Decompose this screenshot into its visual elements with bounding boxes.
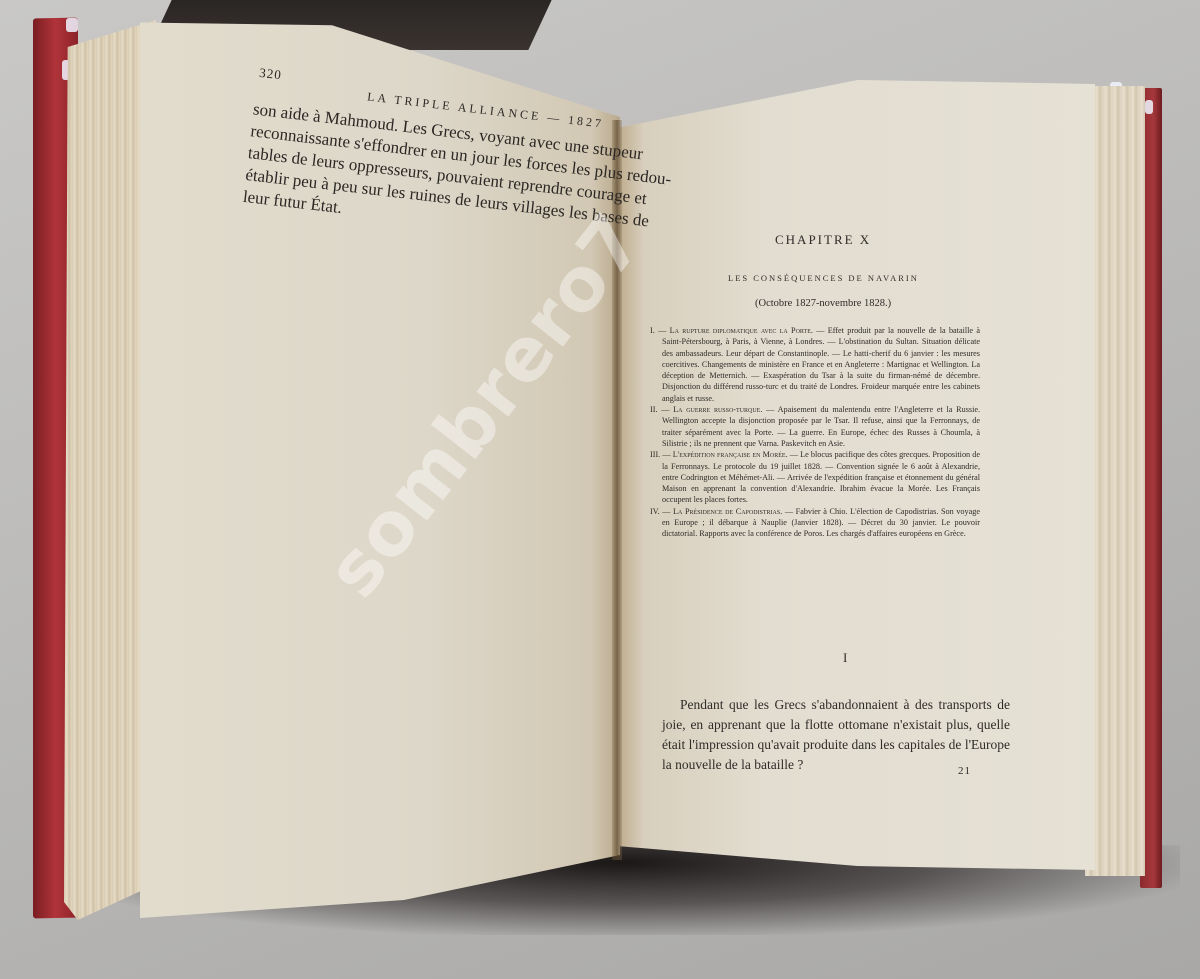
summary-item: IV. — La Présidence de Capodistrias. — F… xyxy=(650,506,980,540)
summary-numeral: IV. — xyxy=(650,507,670,516)
right-page-body: Pendant que les Grecs s'abandonnaient à … xyxy=(662,695,1010,775)
chapter-dates: (Octobre 1827-novembre 1828.) xyxy=(755,298,891,309)
chapter-title: LES CONSÉQUENCES DE NAVARIN xyxy=(728,273,919,283)
summary-title: L'expédition française en Morée. xyxy=(673,450,788,459)
plastic-cover-glint xyxy=(1145,100,1153,114)
summary-numeral: I. — xyxy=(650,326,666,335)
summary-item: I. — La rupture diplomatique avec la Por… xyxy=(650,325,980,404)
section-number: I xyxy=(843,650,847,666)
summary-title: La Présidence de Capodistrias. xyxy=(673,507,782,516)
page-number-left: 320 xyxy=(258,65,282,83)
summary-title: La guerre russo-turque. xyxy=(673,405,762,414)
summary-title: La rupture diplomatique avec la Porte. xyxy=(670,326,813,335)
summary-numeral: III. — xyxy=(650,450,671,459)
summary-item: II. — La guerre russo-turque. — Apaiseme… xyxy=(650,404,980,449)
summary-numeral: II. — xyxy=(650,405,669,414)
body-paragraph: Pendant que les Grecs s'abandonnaient à … xyxy=(662,695,1010,775)
chapter-heading: CHAPITRE X xyxy=(775,232,871,248)
page-number-right: 21 xyxy=(958,765,971,777)
chapter-summary: I. — La rupture diplomatique avec la Por… xyxy=(650,325,980,540)
summary-text: — Effet produit par la nouvelle de la ba… xyxy=(662,326,980,403)
summary-item: III. — L'expédition française en Morée. … xyxy=(650,449,980,505)
plastic-cover-glint xyxy=(66,18,78,32)
